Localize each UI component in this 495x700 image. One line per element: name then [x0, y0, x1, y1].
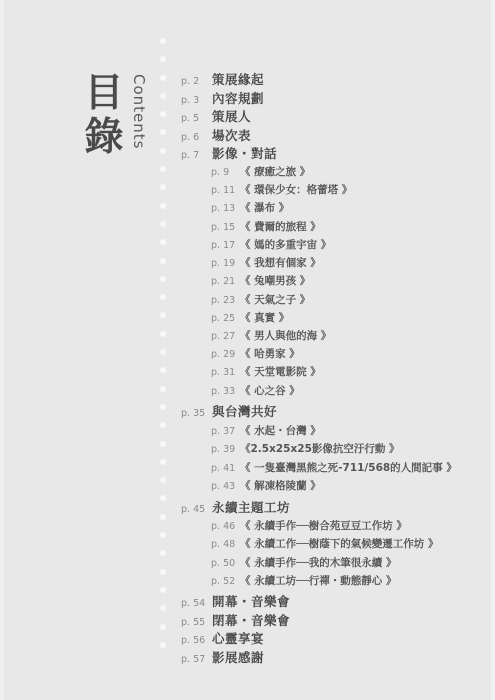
toc-section-entry[interactable]: p. 57影展感謝: [181, 648, 264, 666]
toc-page-number: p. 3: [181, 95, 212, 106]
toc-subentry[interactable]: p. 37《 水起・台灣 》: [211, 423, 321, 438]
toc-entry-title: 《 真實 》: [240, 310, 289, 325]
dot-bullet-icon: [160, 532, 166, 538]
toc-entry-title: 《 環保少女：格蕾塔 》: [240, 182, 352, 197]
toc-section-entry[interactable]: p. 54開幕・音樂會: [181, 592, 290, 610]
toc-entry-title: 影像・對話: [212, 144, 277, 162]
toc-page-number: p. 57: [181, 654, 212, 665]
toc-entry-title: 《 兔嘲男孩 》: [240, 273, 310, 288]
toc-entry-title: 《 解凍格陵蘭 》: [240, 478, 321, 493]
toc-page-number: p. 50: [211, 558, 240, 569]
toc-section-entry[interactable]: p. 7影像・對話: [181, 144, 277, 162]
dot-bullet-icon: [160, 111, 166, 117]
toc-page-number: p. 55: [181, 617, 212, 628]
toc-page-number: p. 25: [211, 313, 240, 324]
toc-entry-title: 《 天氣之子 》: [240, 292, 310, 307]
dot-bullet-icon: [160, 422, 166, 428]
toc-subentry[interactable]: p. 23《 天氣之子 》: [211, 292, 310, 307]
toc-entry-title: 影展感謝: [212, 648, 264, 666]
toc-subentry[interactable]: p. 46《 永續手作──樹合苑豆豆工作坊 》: [211, 518, 407, 533]
toc-entry-title: 永續主題工坊: [212, 498, 290, 516]
dot-bullet-icon: [160, 203, 166, 209]
dot-bullet-icon: [160, 184, 166, 190]
toc-page-number: p. 11: [211, 185, 240, 196]
toc-page-number: p. 48: [211, 539, 240, 550]
toc-subentry[interactable]: p. 19《 我想有個家 》: [211, 255, 321, 270]
dot-bullet-icon: [160, 294, 166, 300]
title-char-2: 錄: [82, 116, 126, 160]
toc-section-entry[interactable]: p. 5策展人: [181, 107, 251, 125]
page-edge-left: [0, 0, 4, 700]
dot-bullet-icon: [160, 349, 166, 355]
page-edge-right: [491, 0, 495, 700]
toc-page-number: p. 52: [211, 576, 240, 587]
toc-entry-title: 《 男人與他的海 》: [240, 328, 331, 343]
toc-page-number: p. 56: [181, 635, 212, 646]
dot-bullet-icon: [160, 221, 166, 227]
dot-bullet-icon: [160, 75, 166, 81]
toc-section-entry[interactable]: p. 35與台灣共好: [181, 402, 277, 420]
dot-bullet-icon: [160, 495, 166, 501]
toc-subentry[interactable]: p. 9《 療癒之旅 》: [211, 164, 310, 179]
toc-entry-title: 《 永續工作──樹蔭下的氣候變遷工作坊 》: [240, 536, 438, 551]
dot-column-decoration: [160, 38, 167, 660]
dot-bullet-icon: [160, 514, 166, 520]
toc-entry-title: 內容規劃: [212, 89, 264, 107]
dot-bullet-icon: [160, 166, 166, 172]
toc-entry-title: 《 費爾的旅程 》: [240, 219, 321, 234]
dot-bullet-icon: [160, 276, 166, 282]
dot-bullet-icon: [160, 642, 166, 648]
toc-subentry[interactable]: p. 25《 真實 》: [211, 310, 289, 325]
toc-section-entry[interactable]: p. 2策展緣起: [181, 70, 264, 88]
toc-page-number: p. 31: [211, 367, 240, 378]
toc-section-entry[interactable]: p. 45永續主題工坊: [181, 498, 290, 516]
dot-bullet-icon: [160, 587, 166, 593]
toc-page-number: p. 41: [211, 463, 240, 474]
toc-entry-title: 《 天堂電影院 》: [240, 364, 321, 379]
dot-bullet-icon: [160, 93, 166, 99]
toc-page-number: p. 54: [181, 598, 212, 609]
toc-entry-title: 《 我想有個家 》: [240, 255, 321, 270]
dot-bullet-icon: [160, 38, 166, 44]
toc-entry-title: 《2.5x25x25影像抗空汙行動 》: [240, 441, 400, 456]
toc-page-number: p. 21: [211, 276, 240, 287]
toc-entry-title: 心靈享宴: [212, 629, 264, 647]
dot-bullet-icon: [160, 550, 166, 556]
toc-subentry[interactable]: p. 41《 一隻臺灣黑熊之死-711/568的人間記事 》: [211, 460, 457, 475]
toc-entry-title: 《 永續手作──我的木筆很永續 》: [240, 555, 396, 570]
toc-subentry[interactable]: p. 29《 哈勇家 》: [211, 346, 300, 361]
toc-subentry[interactable]: p. 39《2.5x25x25影像抗空汙行動 》: [211, 441, 400, 456]
dot-bullet-icon: [160, 477, 166, 483]
toc-page-number: p. 23: [211, 295, 240, 306]
toc-page-number: p. 2: [181, 76, 212, 87]
dot-bullet-icon: [160, 569, 166, 575]
toc-subentry[interactable]: p. 27《 男人與他的海 》: [211, 328, 331, 343]
toc-entry-title: 《 水起・台灣 》: [240, 423, 321, 438]
toc-entry-title: 《 心之谷 》: [240, 383, 300, 398]
toc-entry-title: 《 療癒之旅 》: [240, 164, 310, 179]
toc-page-number: p. 37: [211, 426, 240, 437]
dot-bullet-icon: [160, 258, 166, 264]
toc-page-number: p. 33: [211, 386, 240, 397]
toc-entry-title: 策展人: [212, 107, 251, 125]
title-char-1: 目: [82, 72, 126, 116]
toc-subentry[interactable]: p. 50《 永續手作──我的木筆很永續 》: [211, 555, 396, 570]
toc-page-number: p. 35: [181, 408, 212, 419]
page-title: 目 錄: [82, 72, 126, 160]
toc-entry-title: 《 瀑布 》: [240, 200, 289, 215]
toc-entry-title: 《 永續工坊──行禪・動態靜心 》: [240, 573, 396, 588]
toc-entry-title: 閉幕・音樂會: [212, 611, 290, 629]
dot-bullet-icon: [160, 386, 166, 392]
toc-section-entry[interactable]: p. 56心靈享宴: [181, 629, 264, 647]
toc-entry-title: 策展緣起: [212, 70, 264, 88]
toc-entry-title: 《 永續手作──樹合苑豆豆工作坊 》: [240, 518, 407, 533]
toc-page-number: p. 13: [211, 203, 240, 214]
dot-bullet-icon: [160, 441, 166, 447]
toc-page-number: p. 6: [181, 132, 212, 143]
toc-entry-title: 場次表: [212, 126, 251, 144]
dot-bullet-icon: [160, 331, 166, 337]
toc-entry-title: 與台灣共好: [212, 402, 277, 420]
toc-section-entry[interactable]: p. 3內容規劃: [181, 89, 264, 107]
dot-bullet-icon: [160, 404, 166, 410]
toc-page-number: p. 7: [181, 150, 212, 161]
toc-section-entry[interactable]: p. 55閉幕・音樂會: [181, 611, 290, 629]
toc-subentry[interactable]: p. 31《 天堂電影院 》: [211, 364, 321, 379]
toc-subentry[interactable]: p. 43《 解凍格陵蘭 》: [211, 478, 321, 493]
toc-entry-title: 《 哈勇家 》: [240, 346, 300, 361]
dot-bullet-icon: [160, 367, 166, 373]
dot-bullet-icon: [160, 129, 166, 135]
page-subtitle-contents: Contents: [130, 74, 148, 149]
toc-page-number: p. 29: [211, 349, 240, 360]
toc-page-number: p. 5: [181, 113, 212, 124]
toc-subentry[interactable]: p. 13《 瀑布 》: [211, 200, 289, 215]
toc-entry-title: 《 一隻臺灣黑熊之死-711/568的人間記事 》: [240, 460, 457, 475]
toc-page-number: p. 46: [211, 521, 240, 532]
toc-page-number: p. 19: [211, 258, 240, 269]
toc-subentry[interactable]: p. 11《 環保少女：格蕾塔 》: [211, 182, 352, 197]
toc-page-number: p. 45: [181, 504, 212, 515]
toc-page-number: p. 27: [211, 331, 240, 342]
toc-page-number: p. 17: [211, 240, 240, 251]
toc-subentry[interactable]: p. 48《 永續工作──樹蔭下的氣候變遷工作坊 》: [211, 536, 438, 551]
toc-page-number: p. 39: [211, 444, 240, 455]
dot-bullet-icon: [160, 56, 166, 62]
toc-page-number: p. 43: [211, 481, 240, 492]
toc-entry-title: 開幕・音樂會: [212, 592, 290, 610]
toc-page-number: p. 15: [211, 222, 240, 233]
dot-bullet-icon: [160, 605, 166, 611]
toc-subentry[interactable]: p. 33《 心之谷 》: [211, 383, 300, 398]
toc-section-entry[interactable]: p. 6場次表: [181, 126, 251, 144]
dot-bullet-icon: [160, 624, 166, 630]
toc-subentry[interactable]: p. 21《 兔嘲男孩 》: [211, 273, 310, 288]
toc-subentry[interactable]: p. 15《 費爾的旅程 》: [211, 219, 321, 234]
toc-subentry[interactable]: p. 17《 媽的多重宇宙 》: [211, 237, 331, 252]
toc-subentry[interactable]: p. 52《 永續工坊──行禪・動態靜心 》: [211, 573, 396, 588]
toc-page-number: p. 9: [211, 167, 240, 178]
toc-entry-title: 《 媽的多重宇宙 》: [240, 237, 331, 252]
dot-bullet-icon: [160, 312, 166, 318]
dot-bullet-icon: [160, 239, 166, 245]
dot-bullet-icon: [160, 148, 166, 154]
dot-bullet-icon: [160, 459, 166, 465]
